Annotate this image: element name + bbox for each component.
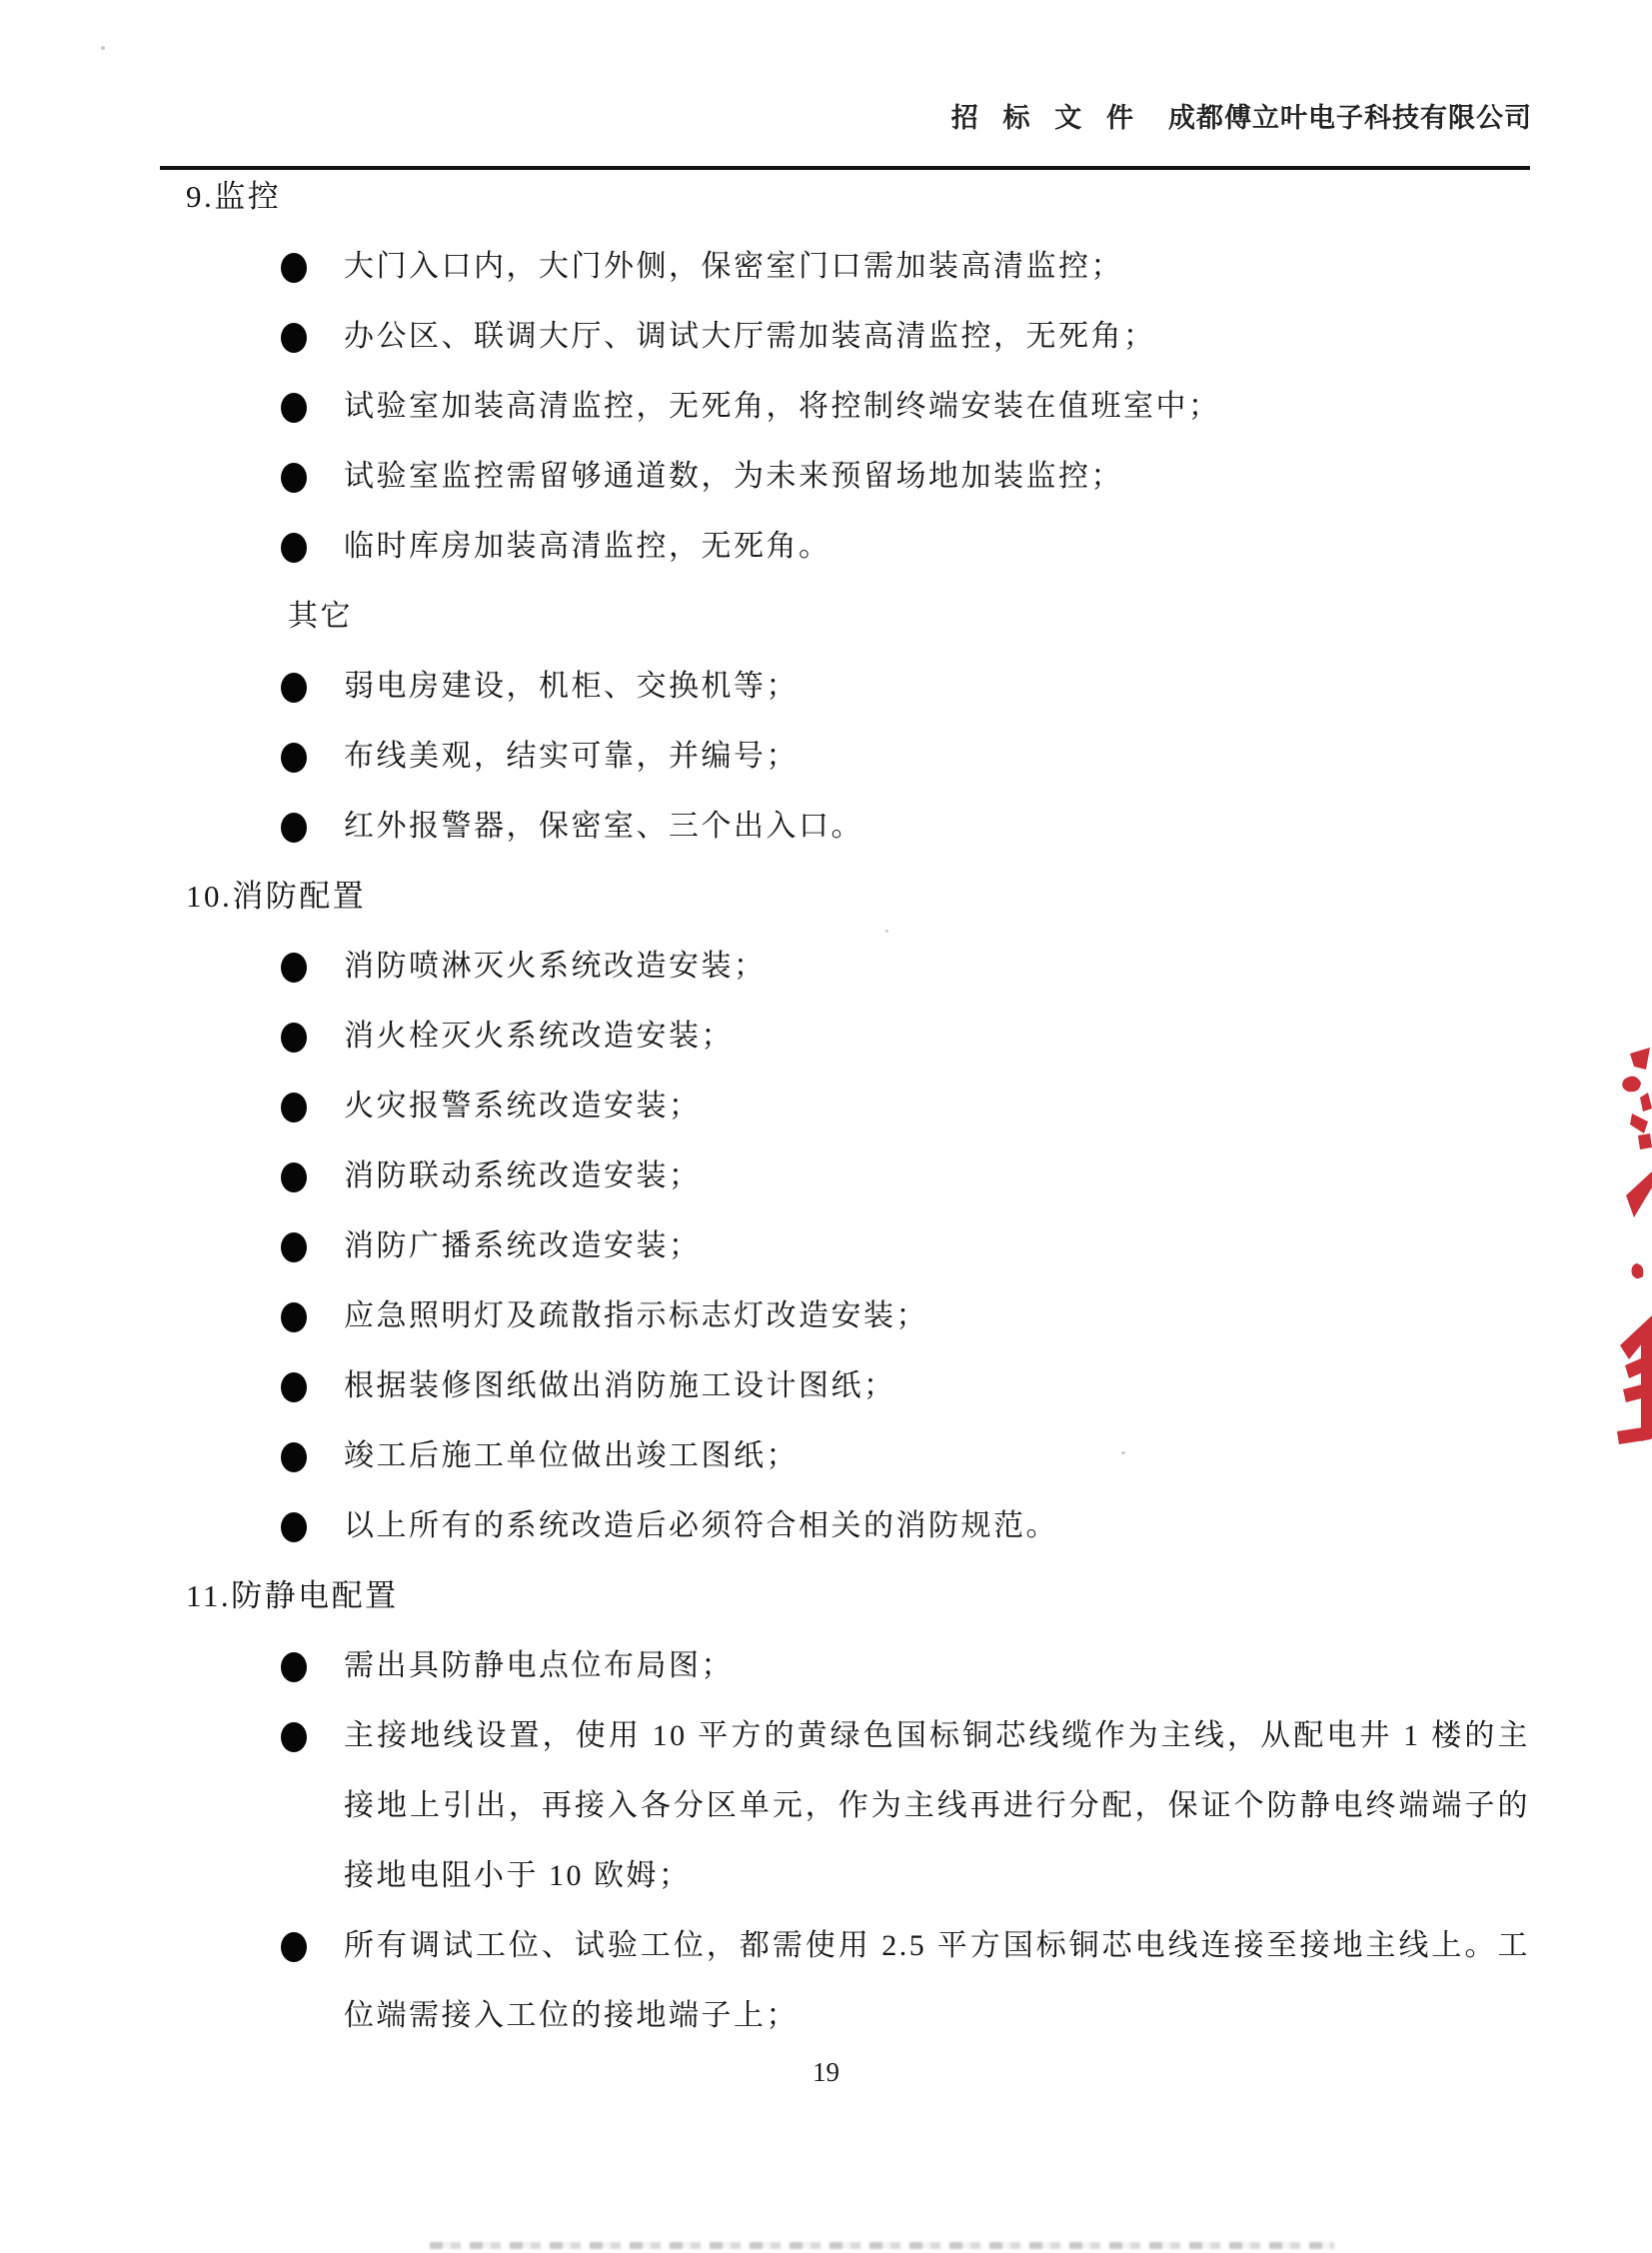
list-item: 主接地线设置，使用 10 平方的黄绿色国标铜芯线缆作为主线，从配电井 1 楼的主… [0, 1701, 1652, 1911]
list-item: 应急照明灯及疏散指示标志灯改造安装； [0, 1281, 1652, 1351]
list-item: 弱电房建设，机柜、交换机等； [0, 652, 1652, 722]
bullet-text: 火灾报警系统改造安装； [344, 1090, 702, 1123]
section-heading-10: 10.消防配置 [0, 862, 1652, 932]
section-heading-9: 9.监控 [0, 162, 1652, 232]
scan-speck [101, 46, 105, 50]
list-item: 消火栓灭火系统改造安装； [0, 1002, 1652, 1072]
bullet-icon [281, 1093, 307, 1123]
list-item: 以上所有的系统改造后必须符合相关的消防规范。 [0, 1491, 1652, 1561]
page-number: 19 [0, 2057, 1652, 2088]
bullet-text: 以上所有的系统改造后必须符合相关的消防规范。 [344, 1509, 1058, 1542]
page-header: 招 标 文 件成都傅立叶电子科技有限公司 [951, 96, 1532, 135]
bullet-text: 主接地线设置，使用 10 平方的黄绿色国标铜芯线缆作为主线，从配电井 1 楼的主… [344, 1719, 1530, 1892]
scan-speck [1121, 1451, 1125, 1454]
bullet-icon [281, 253, 307, 283]
bullet-text: 弱电房建设，机柜、交换机等； [344, 670, 799, 703]
bullet-icon [281, 813, 307, 843]
bullet-icon [281, 1512, 307, 1542]
bullet-icon [281, 1302, 307, 1332]
list-item: 消防广播系统改造安装； [0, 1211, 1652, 1281]
list-item: 试验室加装高清监控，无死角，将控制终端安装在值班室中； [0, 372, 1652, 442]
bullet-icon [281, 463, 307, 493]
bullet-icon [281, 1372, 307, 1402]
bullet-icon [281, 533, 307, 563]
bullet-icon [281, 953, 307, 983]
bullet-icon [281, 1023, 307, 1053]
list-item: 消防喷淋灭火系统改造安装； [0, 932, 1652, 1002]
bullet-text: 消防喷淋灭火系统改造安装； [344, 950, 767, 983]
bullet-text: 试验室加装高清监控，无死角，将控制终端安装在值班室中； [344, 390, 1221, 423]
list-item: 临时库房加装高清监控，无死角。 [0, 512, 1652, 582]
scan-noise-strip [430, 2242, 1334, 2249]
doc-type-label: 招 标 文 件 [951, 103, 1142, 133]
list-item: 试验室监控需留够通道数，为未来预留场地加装监控； [0, 442, 1652, 512]
scanned-document-page: 招 标 文 件成都傅立叶电子科技有限公司 9.监控 大门入口内，大门外侧，保密室… [0, 0, 1652, 2253]
bullet-text: 竣工后施工单位做出竣工图纸； [344, 1439, 799, 1472]
list-item: 竣工后施工单位做出竣工图纸； [0, 1421, 1652, 1491]
bullet-text: 大门入口内，大门外侧，保密室门口需加装高清监控； [344, 250, 1123, 283]
bullet-text: 应急照明灯及疏散指示标志灯改造安装； [344, 1299, 928, 1332]
bullet-text: 根据装修图纸做出消防施工设计图纸； [344, 1369, 896, 1402]
list-item: 办公区、联调大厅、调试大厅需加装高清监控，无死角； [0, 302, 1652, 372]
bullet-icon [281, 1722, 307, 1752]
document-body: 9.监控 大门入口内，大门外侧，保密室门口需加装高清监控； 办公区、联调大厅、调… [0, 162, 1652, 2051]
bullet-text: 办公区、联调大厅、调试大厅需加装高清监控，无死角； [344, 320, 1156, 353]
bullet-icon [281, 743, 307, 773]
bullet-icon [281, 1932, 307, 1962]
scan-speck [885, 930, 888, 933]
bullet-text: 需出具防静电点位布局图； [344, 1649, 734, 1682]
bullet-icon [281, 1162, 307, 1192]
list-item: 红外报警器，保密室、三个出入口。 [0, 792, 1652, 862]
subheading-other: 其它 [0, 582, 1652, 652]
bullet-icon [281, 1442, 307, 1472]
bullet-text: 消防联动系统改造安装； [344, 1159, 702, 1192]
bullet-text: 红外报警器，保密室、三个出入口。 [344, 810, 863, 843]
list-item: 火灾报警系统改造安装； [0, 1072, 1652, 1141]
list-item: 布线美观，结实可靠，并编号； [0, 722, 1652, 792]
company-name: 成都傅立叶电子科技有限公司 [1168, 103, 1532, 133]
list-item: 所有调试工位、试验工位，都需使用 2.5 平方国标铜芯电线连接至接地主线上。工位… [0, 1911, 1652, 2051]
list-item: 消防联动系统改造安装； [0, 1141, 1652, 1211]
bullet-text: 消防广播系统改造安装； [344, 1229, 702, 1262]
bullet-icon [281, 673, 307, 703]
bullet-text: 临时库房加装高清监控，无死角。 [344, 530, 831, 563]
bullet-text: 消火栓灭火系统改造安装； [344, 1020, 734, 1053]
list-item: 大门入口内，大门外侧，保密室门口需加装高清监控； [0, 232, 1652, 302]
bullet-icon [281, 1232, 307, 1262]
bullet-text: 布线美观，结实可靠，并编号； [344, 740, 799, 773]
list-item: 需出具防静电点位布局图； [0, 1631, 1652, 1701]
bullet-text: 所有调试工位、试验工位，都需使用 2.5 平方国标铜芯电线连接至接地主线上。工位… [344, 1929, 1530, 2032]
bullet-icon [281, 1652, 307, 1682]
list-item: 根据装修图纸做出消防施工设计图纸； [0, 1351, 1652, 1421]
bullet-text: 试验室监控需留够通道数，为未来预留场地加装监控； [344, 460, 1123, 493]
section-heading-11: 11.防静电配置 [0, 1561, 1652, 1631]
bullet-icon [281, 393, 307, 423]
bullet-icon [281, 323, 307, 353]
